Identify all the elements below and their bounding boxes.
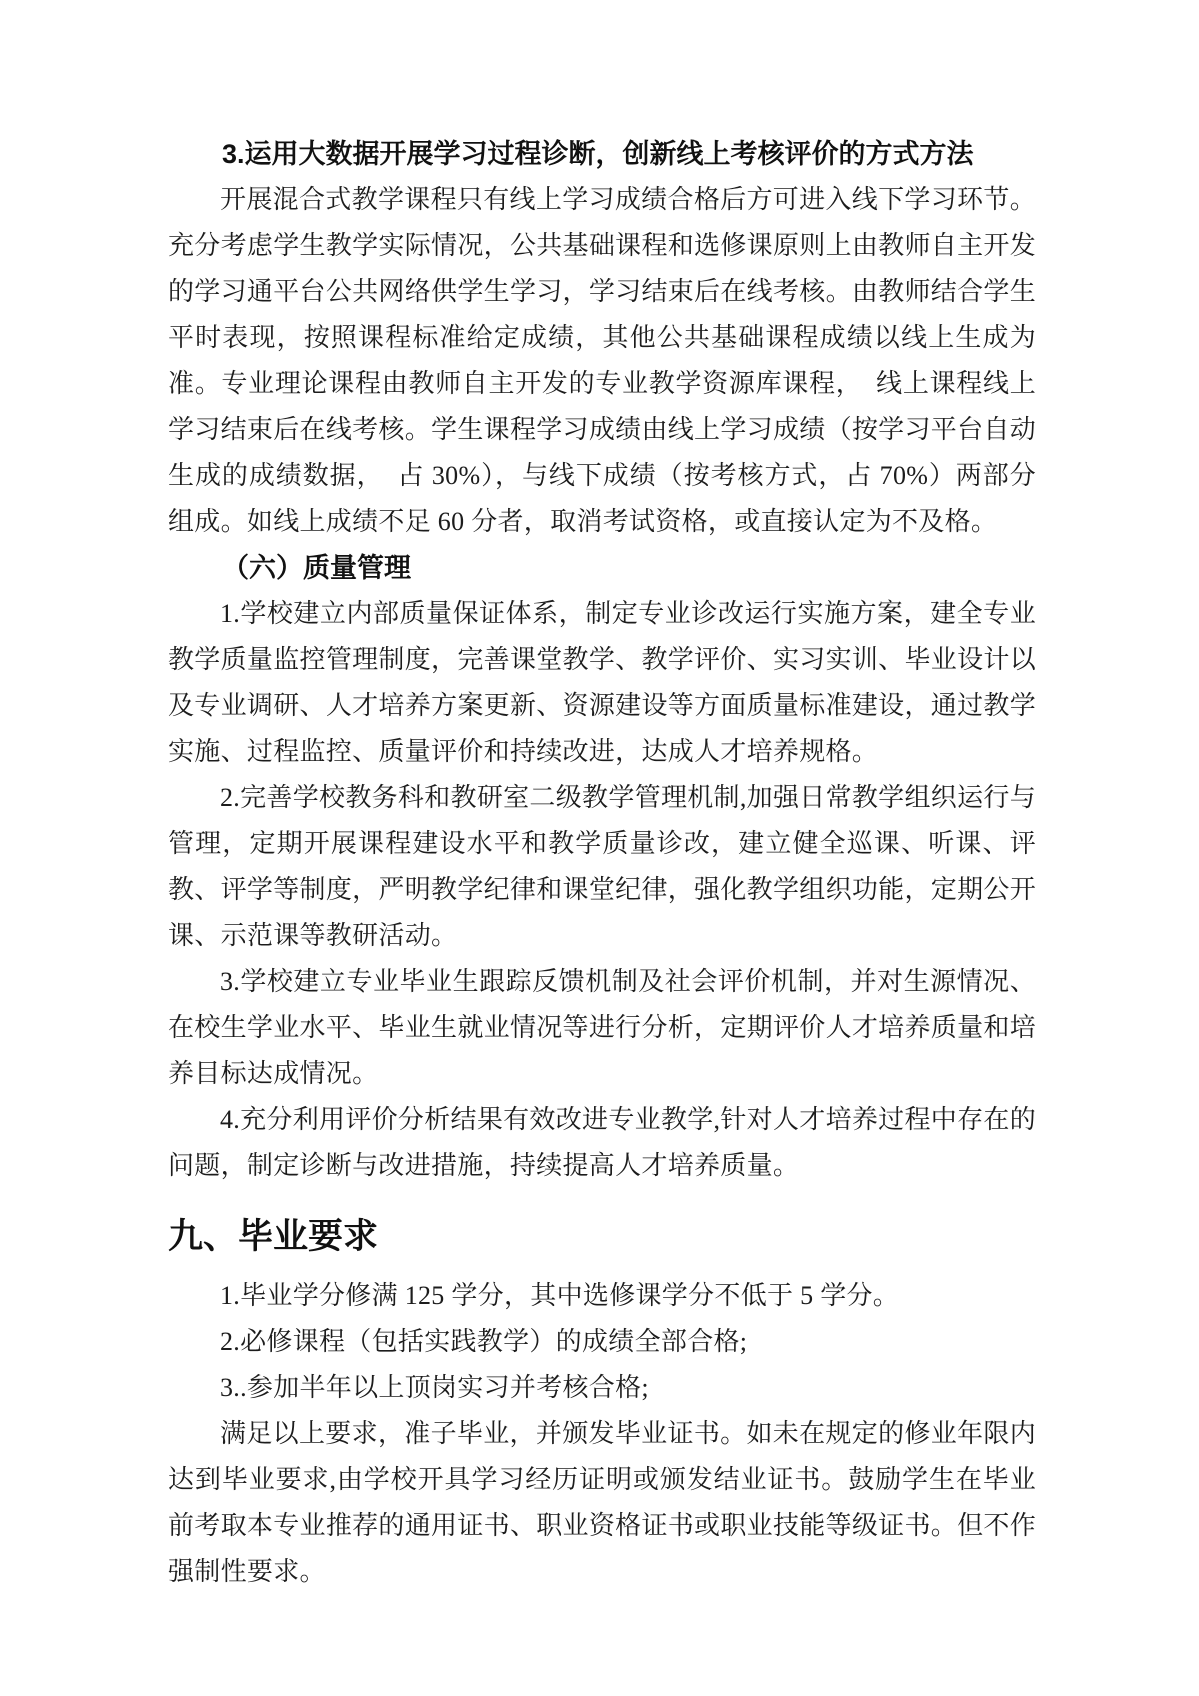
graduation-item-credits: 1.毕业学分修满 125 学分，其中选修课学分不低于 5 学分。 [168,1273,1036,1319]
section-heading-quality-management: （六）质量管理 [168,545,1036,591]
paragraph-quality-4: 4.充分利用评价分析结果有效改进专业教学,针对人才培养过程中存在的问题，制定诊断… [168,1097,1036,1189]
section-heading-online-assessment: 3.运用大数据开展学习过程诊断，创新线上考核评价的方式方法 [168,131,1036,177]
paragraph-quality-1: 1.学校建立内部质量保证体系，制定专业诊改运行实施方案，建全专业教学质量监控管理… [168,591,1036,775]
paragraph-graduation-certificate: 满足以上要求，准子毕业，并颁发毕业证书。如未在规定的修业年限内达到毕业要求,由学… [168,1411,1036,1595]
paragraph-online-assessment: 开展混合式教学课程只有线上学习成绩合格后方可进入线下学习环节。充分考虑学生教学实… [168,177,1036,545]
document-page: 3.运用大数据开展学习过程诊断，创新线上考核评价的方式方法 开展混合式教学课程只… [0,0,1199,1696]
paragraph-quality-2: 2.完善学校教务科和教研室二级教学管理机制,加强日常教学组织运行与管理，定期开展… [168,775,1036,959]
graduation-item-required-courses: 2.必修课程（包括实践教学）的成绩全部合格; [168,1319,1036,1365]
paragraph-quality-3: 3.学校建立专业毕业生跟踪反馈机制及社会评价机制，并对生源情况、在校生学业水平、… [168,959,1036,1097]
graduation-item-internship: 3..参加半年以上顶岗实习并考核合格; [168,1365,1036,1411]
chapter-heading-graduation-requirements: 九、毕业要求 [168,1211,1036,1263]
